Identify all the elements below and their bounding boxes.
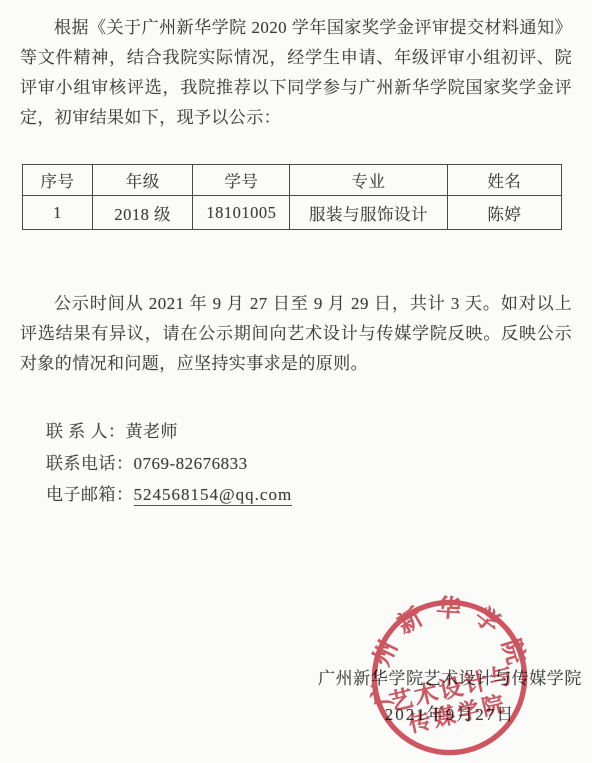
contact-email-value: 524568154@qq.com xyxy=(134,485,293,506)
contact-phone-label: 联系电话： xyxy=(46,454,134,473)
header-name: 姓名 xyxy=(447,165,561,196)
table-header-row: 序号 年级 学号 专业 姓名 xyxy=(23,165,562,196)
contact-email-row: 电子邮箱：524568154@qq.com xyxy=(46,479,572,511)
signature-org: 广州新华学院艺术设计与传媒学院 xyxy=(318,664,582,694)
cell-student-id: 18101005 xyxy=(193,196,290,230)
cell-major: 服装与服饰设计 xyxy=(290,196,447,230)
header-student-id: 学号 xyxy=(193,165,290,196)
signature-block: 广州新华学院艺术设计与传媒学院 2021年9月27日 xyxy=(318,664,582,730)
contact-person-label: 联 系 人： xyxy=(46,422,126,441)
header-grade: 年级 xyxy=(93,165,193,196)
result-table: 序号 年级 学号 专业 姓名 1 2018 级 18101005 服装与服饰设计… xyxy=(22,164,562,230)
notice-paragraph: 公示时间从 2021 年 9 月 27 日至 9 月 29 日，共计 3 天。如… xyxy=(20,289,572,379)
signature-date: 2021年9月27日 xyxy=(318,700,582,730)
cell-name: 陈婷 xyxy=(447,196,561,230)
scanned-notice-document: 根据《关于广州新华学院 2020 学年国家奖学金评审提交材料通知》等文件精神，结… xyxy=(0,0,592,763)
contact-phone-row: 联系电话：0769-82676833 xyxy=(46,448,572,480)
contact-phone-value: 0769-82676833 xyxy=(134,454,248,473)
contact-block: 联 系 人：黄老师 联系电话：0769-82676833 电子邮箱：524568… xyxy=(46,416,572,511)
intro-paragraph: 根据《关于广州新华学院 2020 学年国家奖学金评审提交材料通知》等文件精神，结… xyxy=(20,13,572,133)
contact-person-row: 联 系 人：黄老师 xyxy=(46,416,572,448)
cell-grade: 2018 级 xyxy=(93,196,193,230)
header-major: 专业 xyxy=(290,165,447,196)
table-row: 1 2018 级 18101005 服装与服饰设计 陈婷 xyxy=(23,196,562,230)
header-serial-no: 序号 xyxy=(23,165,93,196)
contact-person-value: 黄老师 xyxy=(126,422,179,441)
contact-email-label: 电子邮箱： xyxy=(46,485,134,504)
cell-serial-no: 1 xyxy=(23,196,93,230)
